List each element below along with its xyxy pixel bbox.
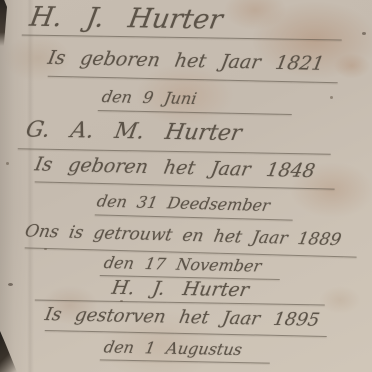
handwritten-line-name-1: H. J. Hurter [22,1,342,40]
handwritten-text: den 1 Augustus [102,337,243,359]
handwritten-text: Is geboren het Jaar 1821 [46,47,326,75]
paper-speck [6,162,9,165]
handwritten-text: den 9 Juni [100,87,198,108]
handwritten-line-name-2: G. A. M. Hurter [18,117,332,154]
paper-speck [362,32,366,35]
handwritten-text: den 31 Deedsember [95,192,271,215]
handwritten-line-birthdate-1: den 9 Juni [98,87,292,115]
page-edge-shadow-top-left [0,0,7,46]
page-edge-shadow-bottom-left [0,322,17,372]
handwritten-text: G. A. M. Hurter [24,117,244,146]
paper-speck [330,96,333,99]
paper-speck [8,283,13,286]
handwritten-line-death: Is gestorven het Jaar 1895 [45,304,328,337]
underline-rule [35,181,335,189]
handwritten-text: Ons is getrouwt en het Jaar 1889 [23,221,343,250]
handwritten-line-birthdate-2: den 31 Deedsember [95,191,294,220]
handwritten-text: Is geboren het Jaar 1848 [33,153,317,182]
handwritten-text: Is gestorven het Jaar 1895 [43,304,321,331]
handwritten-line-birth-2: Is geboren het Jaar 1848 [35,153,336,189]
handwritten-line-death-date: den 1 Augustus [100,337,270,363]
handwritten-text: den 17 November [102,253,263,275]
handwritten-line-marriage-date: den 17 November [100,253,280,280]
underline-rule [22,34,342,40]
register-page-photo: H. J. Hurter Is geboren het Jaar 1821 de… [0,0,372,372]
handwritten-text: H. J. Hurter [110,277,251,301]
handwritten-line-marriage: Ons is getrouwt en het Jaar 1889 [25,221,358,257]
underline-rule [95,214,293,220]
handwritten-line-birth-1: Is geboren het Jaar 1821 [48,47,339,84]
underline-rule [45,330,327,337]
underline-rule [100,359,270,363]
handwritten-line-name-3: H. J. Hurter [35,275,325,305]
underline-rule [98,110,292,115]
underline-rule [48,76,338,84]
handwritten-text: H. J. Hurter [27,2,225,36]
